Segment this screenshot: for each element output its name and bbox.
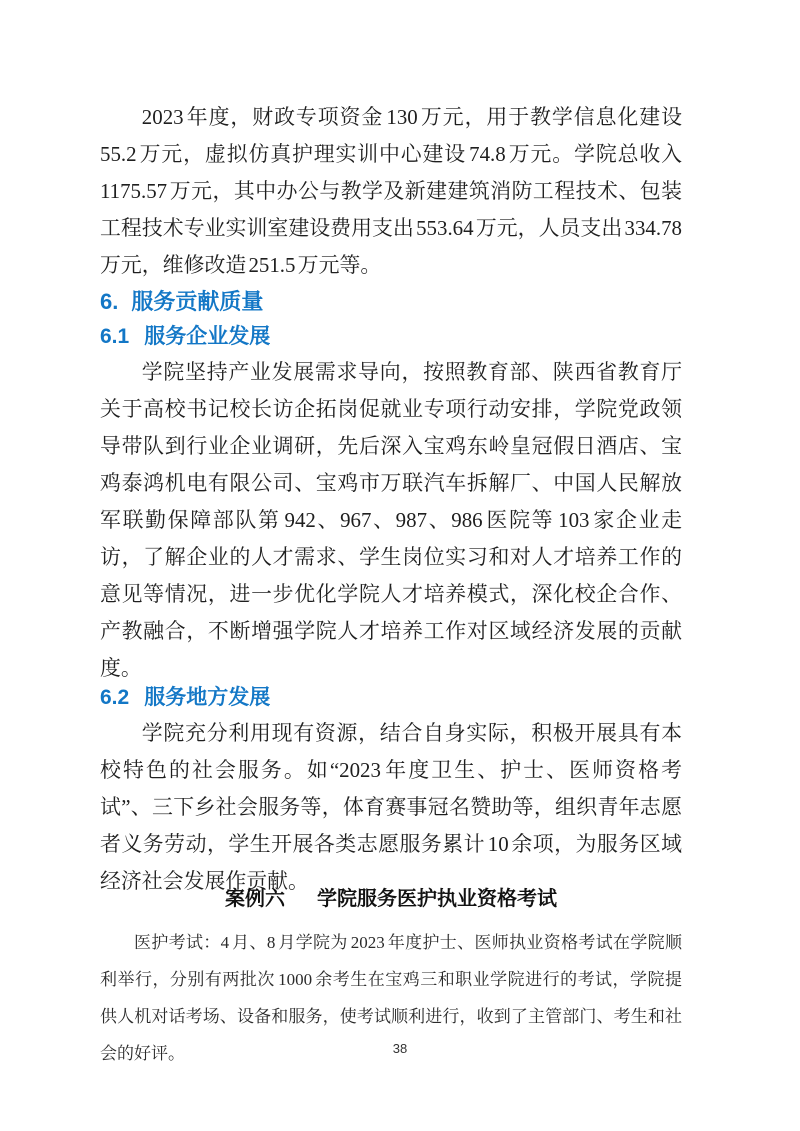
heading-section-6-number: 6. <box>100 287 118 317</box>
document-page: 2023 年度，财政专项资金 130 万元，用于教学信息化建设 55.2 万元，… <box>0 0 800 1131</box>
paragraph-service-enterprise: 学院坚持产业发展需求导向，按照教育部、陕西省教育厅关于高校书记校长访企拓岗促就业… <box>100 354 682 687</box>
heading-section-6-1: 6.1服务企业发展 <box>100 322 682 352</box>
heading-section-6: 6.服务贡献质量 <box>100 287 682 317</box>
heading-case-six-title: 学院服务医护执业资格考试 <box>317 888 557 910</box>
heading-case-six-label: 案例六 <box>225 888 285 910</box>
heading-section-6-1-title: 服务企业发展 <box>144 325 270 348</box>
heading-section-6-2-title: 服务地方发展 <box>144 686 270 709</box>
heading-section-6-2-number: 6.2 <box>100 683 129 713</box>
heading-section-6-2: 6.2服务地方发展 <box>100 683 682 713</box>
heading-section-6-1-number: 6.1 <box>100 322 129 352</box>
paragraph-finance-budget: 2023 年度，财政专项资金 130 万元，用于教学信息化建设 55.2 万元，… <box>100 99 682 284</box>
document-content: 2023 年度，财政专项资金 130 万元，用于教学信息化建设 55.2 万元，… <box>100 0 682 1072</box>
paragraph-service-local: 学院充分利用现有资源，结合自身实际，积极开展具有本校特色的社会服务。如“2023… <box>100 715 682 900</box>
heading-section-6-title: 服务贡献质量 <box>131 289 263 314</box>
page-number: 38 <box>0 1041 800 1056</box>
